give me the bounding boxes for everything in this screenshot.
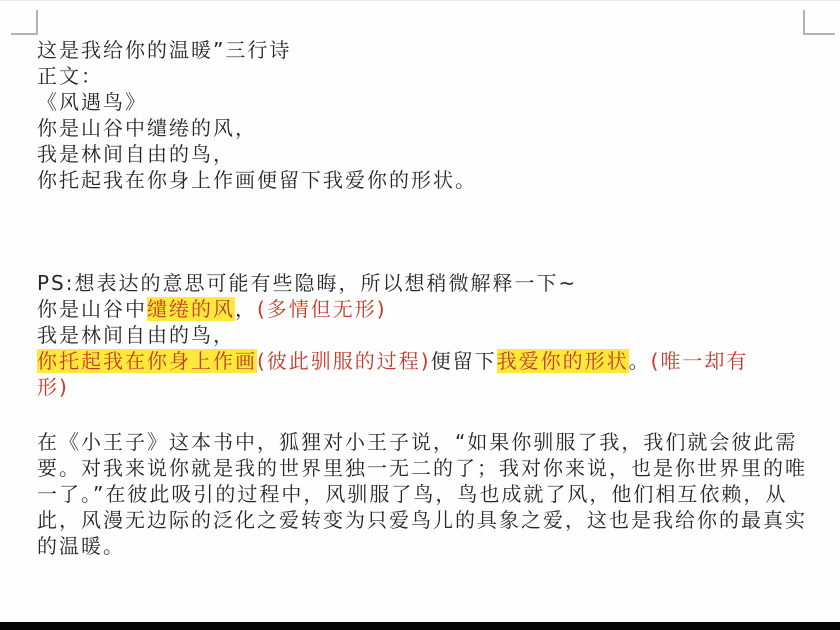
text-line: 此，风漫无边际的泛化之爱转变为只爱鸟儿的具象之爱，这也是我给你的最真实 — [37, 507, 809, 533]
body-text: 我是林间自由的鸟， — [37, 323, 235, 347]
text-line: 你是山谷中缱绻的风，(多情但无形) — [37, 296, 809, 322]
body-text: 《风遇鸟》 — [37, 90, 147, 114]
body-text: 要。对我来说你就是我的世界里独一无二的了；我对你来说，也是你世界里的唯 — [37, 456, 807, 480]
text-line: 你托起我在你身上作画便留下我爱你的形状。 — [37, 167, 809, 193]
highlighted-red-text: 缱绻的风 — [147, 297, 235, 321]
text-line: 一了。”在彼此吸引的过程中，风驯服了鸟，鸟也成就了风，他们相互依赖，从 — [37, 481, 809, 507]
text-line: 的温暖。 — [37, 533, 809, 559]
red-annotation-text: (多情但无形) — [257, 297, 387, 321]
margin-mark-top-left — [11, 10, 38, 35]
paragraph-gap — [37, 400, 809, 429]
red-annotation-text: (唯一却有 — [651, 349, 749, 373]
document-content: 这是我给你的温暖”三行诗正文：《风遇鸟》你是山谷中缱绻的风，我是林间自由的鸟，你… — [37, 37, 809, 559]
text-line: 这是我给你的温暖”三行诗 — [37, 37, 809, 63]
letterbox-bar-bottom — [0, 622, 840, 630]
body-text: 正文： — [37, 64, 103, 88]
highlighted-red-text: 我爱你的形状 — [497, 349, 629, 373]
text-line: 《风遇鸟》 — [37, 89, 809, 115]
text-line: 你是山谷中缱绻的风， — [37, 115, 809, 141]
text-line: 正文： — [37, 63, 809, 89]
body-text: PS:想表达的意思可能有些隐晦，所以想稍微解释一下~ — [37, 271, 577, 295]
text-line: 你托起我在你身上作画(彼此驯服的过程)便留下我爱你的形状。(唯一却有 — [37, 348, 809, 374]
body-text: ， — [235, 297, 257, 321]
body-text: 我是林间自由的鸟， — [37, 142, 235, 166]
body-text: 一了。”在彼此吸引的过程中，风驯服了鸟，鸟也成就了风，他们相互依赖，从 — [37, 482, 787, 506]
text-line: 我是林间自由的鸟， — [37, 322, 809, 348]
text-line: 我是林间自由的鸟， — [37, 141, 809, 167]
paragraph-gap — [37, 193, 809, 270]
body-text: 你是山谷中 — [37, 297, 147, 321]
text-line: PS:想表达的意思可能有些隐晦，所以想稍微解释一下~ — [37, 270, 809, 296]
text-line: 在《小王子》这本书中，狐狸对小王子说，“如果你驯服了我，我们就会彼此需 — [37, 429, 809, 455]
body-text: 。 — [629, 349, 651, 373]
margin-mark-top-right — [803, 10, 835, 35]
body-text: 你是山谷中缱绻的风， — [37, 116, 257, 140]
document-page: 这是我给你的温暖”三行诗正文：《风遇鸟》你是山谷中缱绻的风，我是林间自由的鸟，你… — [0, 0, 840, 623]
body-text: 便留下 — [431, 349, 497, 373]
red-annotation-text: 形) — [37, 375, 69, 399]
body-text: 在《小王子》这本书中，狐狸对小王子说，“如果你驯服了我，我们就会彼此需 — [37, 430, 797, 454]
body-text: 你托起我在你身上作画便留下我爱你的形状。 — [37, 168, 477, 192]
body-text: 此，风漫无边际的泛化之爱转变为只爱鸟儿的具象之爱，这也是我给你的最真实 — [37, 508, 807, 532]
body-text: 的温暖。 — [37, 534, 125, 558]
video-frame: 这是我给你的温暖”三行诗正文：《风遇鸟》你是山谷中缱绻的风，我是林间自由的鸟，你… — [0, 0, 840, 630]
text-line: 形) — [37, 374, 809, 400]
text-line: 要。对我来说你就是我的世界里独一无二的了；我对你来说，也是你世界里的唯 — [37, 455, 809, 481]
red-annotation-text: (彼此驯服的过程) — [257, 349, 431, 373]
body-text: 这是我给你的温暖”三行诗 — [37, 38, 291, 62]
highlighted-red-text: 你托起我在你身上作画 — [37, 349, 257, 373]
